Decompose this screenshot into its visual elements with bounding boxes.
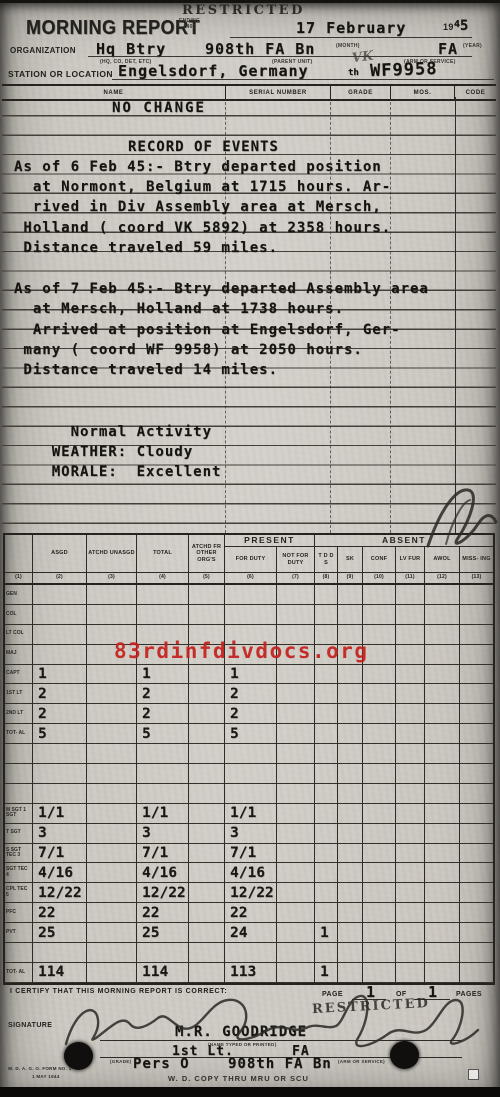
station-coordinates: WF9958 [370,59,438,81]
for-duty-cell: 7/1 [225,844,277,864]
event-lines: As of 6 Feb 45:- Btry departed position … [14,155,484,481]
asgd-cell: 1/1 [33,804,87,824]
col-num-11: (11) [396,573,425,585]
lvfur-cell [396,625,425,645]
awol-cell [425,645,460,665]
asgd-cell: 5 [33,724,87,744]
total-cell: 114 [137,963,189,983]
rank-label: 1ST LT [5,684,33,704]
arm-sublabel-bottom: (ARM OR SERVICE) [338,1059,385,1064]
lvfur-cell [396,645,425,665]
conf-cell [363,704,396,724]
conf-cell [363,665,396,685]
record-of-events-heading: RECORD OF EVENTS [128,136,279,155]
col-num-2: (2) [33,573,87,585]
event-line: WEATHER: Cloudy [14,441,484,461]
form-title: MORNING REPORT [26,16,200,40]
total-cell [137,943,189,963]
asgd-cell [33,625,87,645]
rank-label: CPL TEC 5 [5,883,33,903]
date-blank-line [230,37,472,38]
total-cell [137,764,189,784]
asgd-cell: 7/1 [33,844,87,864]
restricted-stamp-top: RESTRICTED [182,3,305,18]
missing-cell [460,744,493,764]
event-line: Holland ( coord VK 5892) at 2358 hours. [14,216,484,236]
lvfur-cell [396,764,425,784]
atchd-unasgd-cell [87,684,137,704]
strength-table-row [5,784,493,804]
no-change-entry: NO CHANGE [112,97,206,116]
awol-cell [425,625,460,645]
col-num-7: (7) [277,573,315,585]
col-num-5: (5) [189,573,225,585]
for-duty-cell [225,764,277,784]
awol-cell [425,605,460,625]
awol-cell [425,665,460,685]
atchd-fr-cell [189,704,225,724]
tdds-cell: 1 [315,963,338,983]
conf-cell [363,863,396,883]
event-line: As of 6 Feb 45:- Btry departed position [14,155,484,175]
not-for-duty-cell [277,844,315,864]
atchd-unasgd-cell [87,903,137,923]
event-line: As of 7 Feb 45:- Btry departed Assembly … [14,278,484,298]
awol-cell [425,804,460,824]
lvfur-cell [396,844,425,864]
asgd-cell [33,784,87,804]
signature-handwriting [55,990,490,1055]
col-num-8: (8) [315,573,338,585]
col-num-10: (10) [363,573,396,585]
not-for-duty-cell [277,804,315,824]
event-line: rived in Div Assembly area at Mersch, [14,196,484,216]
conf-cell [363,605,396,625]
col-atchd-fr-head: ATCHD FR OTHER ORG'S [189,535,225,573]
not-for-duty-cell [277,824,315,844]
tdds-cell [315,704,338,724]
missing-cell [460,625,493,645]
col-conf-head: CONF [363,547,396,573]
not-for-duty-cell [277,903,315,923]
strength-table-row: TOT- AL 5 5 5 [5,724,493,744]
atchd-fr-cell [189,943,225,963]
for-duty-cell: 12/22 [225,883,277,903]
atchd-fr-cell [189,784,225,804]
rank-label: CAPT [5,665,33,685]
morning-report-scan: RESTRICTED MORNING REPORT ENDING 2400 17… [0,0,500,1097]
record-of-events-area: NO CHANGE RECORD OF EVENTS As of 6 Feb 4… [2,97,496,533]
rank-label: GEN [5,585,33,605]
conf-cell [363,844,396,864]
not-for-duty-cell [277,585,315,605]
sk-cell [338,784,363,804]
strength-table: ASGD ATCHD UNASGD TOTAL ATCHD FR OTHER O… [3,533,495,985]
for-duty-cell: 5 [225,724,277,744]
atchd-unasgd-cell [87,764,137,784]
event-line: Normal Activity [14,420,484,440]
event-line: MORALE: Excellent [14,461,484,481]
sk-cell [338,804,363,824]
tdds-cell: 1 [315,923,338,943]
strength-table-row: CPL TEC 5 12/22 12/22 12/22 [5,883,493,903]
atchd-fr-cell [189,684,225,704]
missing-cell [460,863,493,883]
atchd-fr-cell [189,744,225,764]
sk-cell [338,665,363,685]
asgd-cell: 12/22 [33,883,87,903]
event-line [14,257,484,277]
station-label: STATION OR LOCATION [8,69,113,79]
sk-cell [338,585,363,605]
event-line [14,400,484,420]
sk-cell [338,764,363,784]
strength-table-row: CAPT 1 1 1 [5,665,493,685]
lvfur-cell [396,943,425,963]
atchd-unasgd-cell [87,863,137,883]
lvfur-cell [396,963,425,983]
lvfur-cell [396,605,425,625]
atchd-unasgd-cell [87,943,137,963]
awol-cell [425,963,460,983]
rank-label: PFC [5,903,33,923]
tdds-cell [315,784,338,804]
strength-table-row: COL [5,605,493,625]
form-date: 1 MAY 1944 [32,1074,60,1079]
for-duty-cell: 1 [225,665,277,685]
event-line: at Normont, Belgium at 1715 hours. Ar- [14,176,484,196]
atchd-fr-cell [189,724,225,744]
conf-cell [363,943,396,963]
for-duty-cell: 4/16 [225,863,277,883]
tdds-cell [315,665,338,685]
atchd-fr-cell [189,903,225,923]
lvfur-cell [396,824,425,844]
col-num-6: (6) [225,573,277,585]
atchd-fr-cell [189,665,225,685]
for-duty-cell: 3 [225,824,277,844]
strength-table-row: GEN [5,585,493,605]
col-sk-head: SK [338,547,363,573]
year-printed: 19 [443,22,454,32]
awol-cell [425,704,460,724]
asgd-cell [33,645,87,665]
atchd-fr-cell [189,963,225,983]
conf-cell [363,963,396,983]
duty-unit: 908th FA Bn [228,1056,332,1072]
col-atchd-unasgd-head: ATCHD UNASGD [87,535,137,573]
for-duty-cell: 24 [225,923,277,943]
awol-cell [425,844,460,864]
missing-cell [460,804,493,824]
not-for-duty-cell [277,744,315,764]
col-num-12: (12) [425,573,460,585]
sk-cell [338,943,363,963]
conf-cell [363,824,396,844]
strength-table-row: SGT TEC 4 4/16 4/16 4/16 [5,863,493,883]
asgd-cell [33,764,87,784]
sk-cell [338,883,363,903]
missing-cell [460,724,493,744]
rank-label: MAJ [5,645,33,665]
report-date: 17 February [296,19,406,37]
awol-cell [425,744,460,764]
not-for-duty-cell [277,704,315,724]
col-num-9: (9) [338,573,363,585]
asgd-cell: 22 [33,903,87,923]
not-for-duty-cell [277,605,315,625]
tdds-cell [315,744,338,764]
col-tdds-head: T D D S [315,547,338,573]
conf-cell [363,764,396,784]
not-for-duty-cell [277,784,315,804]
total-cell [137,784,189,804]
col-1-head [5,535,33,573]
rank-label [5,744,33,764]
asgd-cell: 4/16 [33,863,87,883]
rank-label [5,764,33,784]
station-small: th [348,68,359,78]
awol-cell [425,943,460,963]
sk-cell [338,684,363,704]
conf-cell [363,903,396,923]
rank-label: S SGT TEC 3 [5,844,33,864]
missing-cell [460,704,493,724]
tdds-cell [315,903,338,923]
strength-table-row: T SGT 3 3 3 [5,824,493,844]
total-cell [137,605,189,625]
organization-label: ORGANIZATION [10,46,76,55]
lvfur-cell [396,665,425,685]
lvfur-cell [396,883,425,903]
rank-label: PVT [5,923,33,943]
event-line: Distance traveled 59 miles. [14,237,484,257]
not-for-duty-cell [277,724,315,744]
col-total-head: TOTAL [137,535,189,573]
event-line: at Mersch, Holland at 1738 hours. [14,298,484,318]
sk-cell [338,903,363,923]
photo-bottom-edge [0,1087,500,1097]
atchd-unasgd-cell [87,605,137,625]
strength-table-row: PFC 22 22 22 [5,903,493,923]
conf-cell [363,724,396,744]
atchd-fr-cell [189,605,225,625]
conf-cell [363,923,396,943]
tdds-cell [315,844,338,864]
for-duty-cell [225,784,277,804]
atchd-unasgd-cell [87,724,137,744]
rank-label: LT COL [5,625,33,645]
sk-cell [338,724,363,744]
atchd-unasgd-cell [87,923,137,943]
total-cell [137,585,189,605]
not-for-duty-cell [277,665,315,685]
col-not-for-duty-head: NOT FOR DUTY [277,547,315,573]
for-duty-cell [225,943,277,963]
lvfur-cell [396,704,425,724]
rank-label: 2ND LT [5,704,33,724]
lvfur-cell [396,903,425,923]
awol-cell [425,903,460,923]
atchd-fr-cell [189,804,225,824]
conf-cell [363,585,396,605]
strength-table-row [5,943,493,963]
event-line: Arrived at position at Engelsdorf, Ger- [14,318,484,338]
total-cell: 12/22 [137,883,189,903]
missing-cell [460,844,493,864]
asgd-cell: 3 [33,824,87,844]
atchd-unasgd-cell [87,665,137,685]
for-duty-cell [225,585,277,605]
total-cell: 2 [137,704,189,724]
atchd-unasgd-cell [87,585,137,605]
awol-cell [425,784,460,804]
not-for-duty-cell [277,923,315,943]
pen-mark-vk: VK [351,49,374,66]
tdds-cell [315,724,338,744]
asgd-cell [33,605,87,625]
year-typed: 5 [460,18,468,34]
conf-cell [363,784,396,804]
form-number: W. D. A. G. O. FORM NO. 1 [8,1066,72,1071]
strength-table-row: 2ND LT 2 2 2 [5,704,493,724]
rank-label: TOT- AL [5,724,33,744]
not-for-duty-cell [277,963,315,983]
asgd-cell: 1 [33,665,87,685]
total-cell: 22 [137,903,189,923]
awol-cell [425,824,460,844]
for-duty-cell: 2 [225,704,277,724]
lvfur-cell [396,585,425,605]
tdds-cell [315,804,338,824]
missing-cell [460,684,493,704]
tdds-cell [315,684,338,704]
copy-note: W. D. COPY THRU MRU OR SCU [168,1074,309,1083]
atchd-unasgd-cell [87,784,137,804]
tdds-cell [315,585,338,605]
asgd-cell [33,585,87,605]
tdds-cell [315,863,338,883]
total-cell: 5 [137,724,189,744]
col-for-duty-head: FOR DUTY [225,547,277,573]
lvfur-cell [396,804,425,824]
missing-cell [460,883,493,903]
atchd-unasgd-cell [87,963,137,983]
event-line [14,379,484,399]
strength-table-row [5,764,493,784]
sk-cell [338,704,363,724]
for-duty-cell: 1/1 [225,804,277,824]
grade-sublabel: (GRADE) [110,1059,131,1064]
lvfur-cell [396,863,425,883]
tdds-cell [315,605,338,625]
asgd-cell: 2 [33,684,87,704]
awol-cell [425,764,460,784]
for-duty-cell: 22 [225,903,277,923]
missing-cell [460,923,493,943]
atchd-fr-cell [189,585,225,605]
rank-label: M SGT 1 SGT [5,804,33,824]
atchd-fr-cell [189,923,225,943]
lvfur-cell [396,784,425,804]
awol-cell [425,863,460,883]
missing-cell [460,824,493,844]
awol-cell [425,585,460,605]
not-for-duty-cell [277,943,315,963]
atchd-unasgd-cell [87,744,137,764]
atchd-fr-cell [189,844,225,864]
tdds-cell [315,943,338,963]
for-duty-cell: 2 [225,684,277,704]
rank-label: T SGT [5,824,33,844]
total-cell: 1/1 [137,804,189,824]
sk-cell [338,605,363,625]
organization-blank-line [88,56,472,57]
strength-table-row: PVT 25 25 24 1 [5,923,493,943]
strength-table-row: S SGT TEC 3 7/1 7/1 7/1 [5,844,493,864]
atchd-fr-cell [189,824,225,844]
bottom-right-mark [468,1069,479,1080]
ending-value: 2400 [179,24,200,30]
not-for-duty-cell [277,684,315,704]
awol-cell [425,684,460,704]
rank-label [5,943,33,963]
lvfur-cell [396,684,425,704]
sk-cell [338,744,363,764]
missing-cell [460,665,493,685]
strength-table-row: M SGT 1 SGT 1/1 1/1 1/1 [5,804,493,824]
asgd-cell: 114 [33,963,87,983]
asgd-cell [33,943,87,963]
lvfur-cell [396,923,425,943]
atchd-fr-cell [189,863,225,883]
for-duty-cell [225,744,277,764]
atchd-unasgd-cell [87,844,137,864]
present-group-head: PRESENT [225,535,315,547]
tdds-cell [315,883,338,903]
missing-cell [460,605,493,625]
event-line: Distance traveled 14 miles. [14,359,484,379]
rank-label: COL [5,605,33,625]
pen-scribble-mark [415,478,500,558]
total-cell: 25 [137,923,189,943]
awol-cell [425,923,460,943]
atchd-unasgd-cell [87,824,137,844]
asgd-cell: 25 [33,923,87,943]
strength-table-row: 1ST LT 2 2 2 [5,684,493,704]
total-cell: 4/16 [137,863,189,883]
month-sublabel: (MONTH) [336,43,360,49]
signature-label: SIGNATURE [8,1022,52,1029]
sk-cell [338,824,363,844]
missing-cell [460,943,493,963]
rank-label [5,784,33,804]
col-num-4: (4) [137,573,189,585]
conf-cell [363,804,396,824]
conf-cell [363,883,396,903]
awol-cell [425,883,460,903]
atchd-fr-cell [189,764,225,784]
total-cell: 3 [137,824,189,844]
sk-cell [338,844,363,864]
atchd-unasgd-cell [87,883,137,903]
station-blank-line [112,79,494,80]
not-for-duty-cell [277,863,315,883]
strength-table-row [5,744,493,764]
year-sublabel: (YEAR) [463,43,482,49]
conf-cell [363,684,396,704]
conf-cell [363,744,396,764]
